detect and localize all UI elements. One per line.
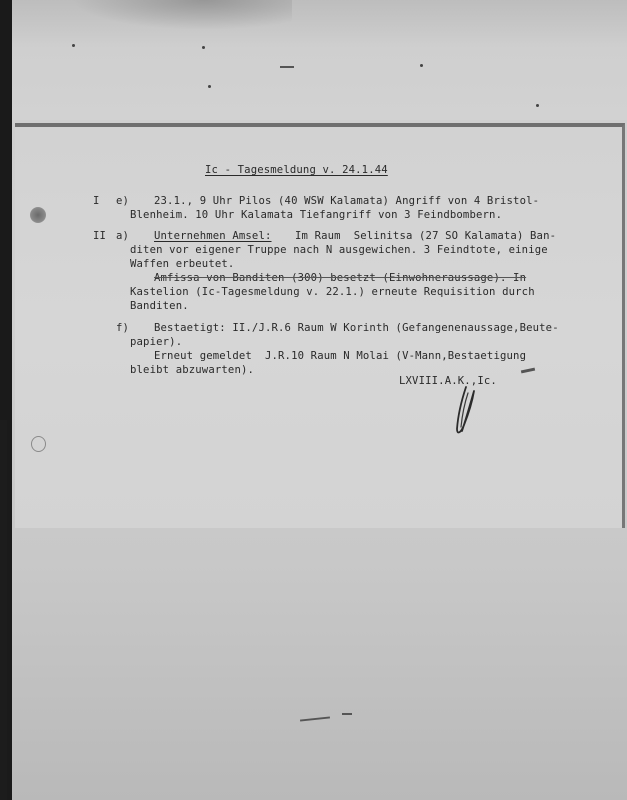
text-line: bleibt abzuwarten). bbox=[130, 364, 254, 376]
typewritten-document: Ic - Tagesmeldung v. 24.1.44 I e) 23.1.,… bbox=[0, 0, 627, 800]
item-label: a) bbox=[116, 230, 129, 242]
text-line: Amfissa von Banditen (300) besetzt (Einw… bbox=[154, 272, 526, 284]
text-line: Erneut gemeldet J.R.10 Raum N Molai (V-M… bbox=[154, 350, 526, 362]
operation-heading: Unternehmen Amsel: bbox=[154, 230, 272, 242]
text-line: diten vor eigener Truppe nach N ausgewic… bbox=[130, 244, 548, 256]
text-line: 23.1., 9 Uhr Pilos (40 WSW Kalamata) Ang… bbox=[154, 195, 539, 207]
text-line: Im Raum Selinitsa (27 SO Kalamata) Ban- bbox=[295, 230, 556, 242]
text-line: Waffen erbeutet. bbox=[130, 258, 234, 270]
text-line: Banditen. bbox=[130, 300, 189, 312]
section-label: I bbox=[93, 195, 100, 207]
text-line: Bestaetigt: II./J.R.6 Raum W Korinth (Ge… bbox=[154, 322, 559, 334]
text-line: papier). bbox=[130, 336, 182, 348]
text-line: Kastelion (Ic-Tagesmeldung v. 22.1.) ern… bbox=[130, 286, 535, 298]
item-label: f) bbox=[116, 322, 129, 334]
document-title: Ic - Tagesmeldung v. 24.1.44 bbox=[205, 164, 388, 176]
section-label: II bbox=[93, 230, 106, 242]
handwritten-signature-icon bbox=[452, 385, 482, 437]
signature-block: LXVIII.A.K.,Ic. bbox=[399, 375, 497, 387]
item-label: e) bbox=[116, 195, 129, 207]
text-line: Blenheim. 10 Uhr Kalamata Tiefangriff vo… bbox=[130, 209, 502, 221]
ink-mark bbox=[521, 368, 535, 374]
